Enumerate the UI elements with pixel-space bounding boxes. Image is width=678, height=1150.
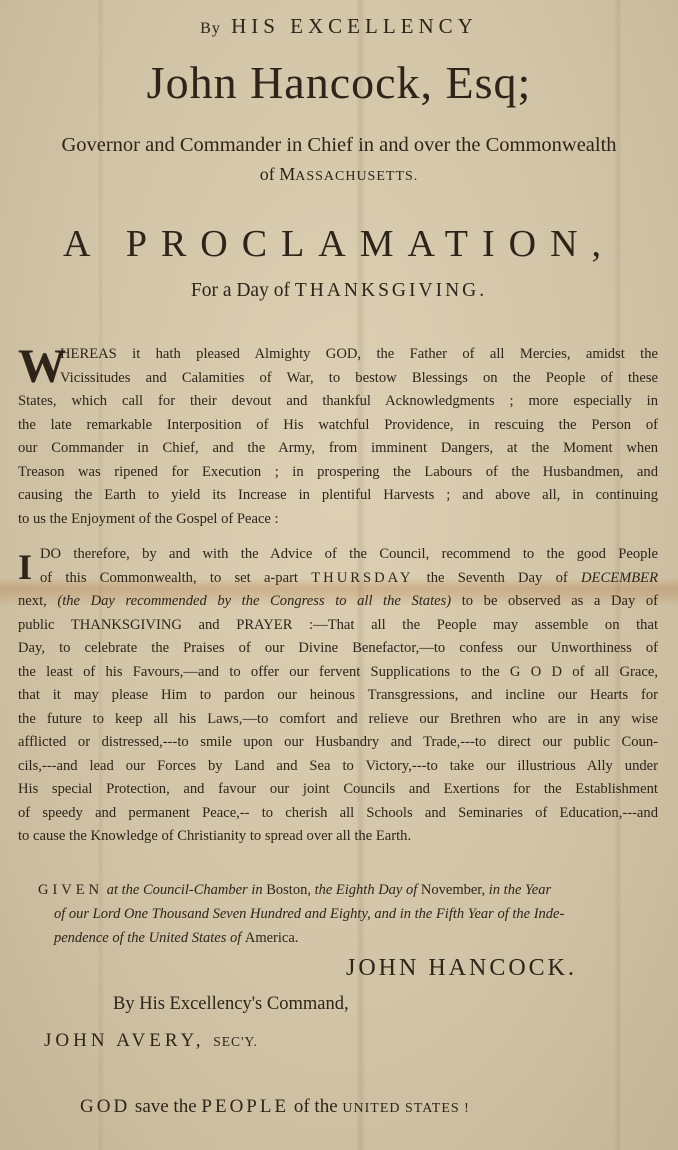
paragraph-line: Treason was ripened for Execution ; in p… [18, 461, 658, 485]
november-word: November, [421, 882, 485, 898]
drop-cap-i: I [18, 543, 32, 591]
paragraph-line: public THANKSGIVING and PRAYER :—That al… [18, 614, 658, 638]
paragraph-line: next, (the Day recommended by the Congre… [18, 590, 658, 614]
boston-word: Boston, [266, 882, 311, 898]
paragraph-line: HEREAS it hath pleased Almighty GOD, the… [18, 343, 658, 367]
paragraph-line: His special Protection, and favour our j… [18, 778, 658, 802]
proclamation-subtitle: For a Day of THANKSGIVING. [0, 280, 678, 302]
proclamation-title: A PROCLAMATION, [0, 222, 678, 266]
thanksgiving-word: THANKSGIVING. [295, 280, 487, 301]
line-text: the Seventh Day of [427, 570, 568, 586]
line-text: to be observed as a Day of [462, 593, 658, 609]
god-word: GOD [80, 1096, 130, 1117]
recommendation-paragraph: I DO therefore, by and with the Advice o… [18, 543, 658, 849]
for-a-day-text: For a Day of [191, 280, 290, 301]
paragraph-line: Vicissitudes and Calamities of War, to b… [18, 367, 658, 391]
paragraph-line: the least of his Favours,—and to offer o… [18, 661, 658, 685]
paragraph-line: to cause the Knowledge of Christianity t… [18, 825, 658, 849]
line-text: save the [135, 1096, 197, 1117]
governor-title-line: Governor and Commander in Chief in and o… [0, 134, 678, 157]
avery-name: JOHN AVERY, [44, 1030, 205, 1051]
paragraph-line: of speedy and permanent Peace,-- to cher… [18, 802, 658, 826]
paragraph-line: afflicted or distressed,---to smile upon… [18, 731, 658, 755]
people-word: PEOPLE [201, 1096, 289, 1117]
paragraph-line: of this Commonwealth, to set a-part THUR… [18, 567, 658, 591]
avery-signature: JOHN AVERY, SEC'Y. [44, 1030, 258, 1052]
paragraph-line: DO therefore, by and with the Advice of … [18, 543, 658, 567]
paragraph-line: the future to keep all his Laws,—to comf… [18, 708, 658, 732]
paragraph-line: cils,---and lead our Forces by Land and … [18, 755, 658, 779]
line-text: of this Commonwealth, to set a-part [40, 570, 298, 586]
line-text: in the Year [489, 882, 551, 898]
whereas-paragraph: W HEREAS it hath pleased Almighty GOD, t… [18, 343, 658, 531]
paragraph-line: the late remarkable Interposition of His… [18, 414, 658, 438]
state-rest: ASSACHUSETTS. [295, 169, 418, 184]
given-at-block: GIVEN at the Council-Chamber in Boston, … [38, 878, 658, 950]
broadside-page: By HIS EXCELLENCY John Hancock, Esq; Gov… [0, 0, 678, 1150]
line-text: next, [18, 593, 47, 609]
drop-cap-w: W [18, 343, 66, 391]
thursday-word: THURSDAY [311, 570, 413, 586]
state-line: of MASSACHUSETTS. [0, 164, 678, 185]
paragraph-line: our Commander in Chief, and the Army, fr… [18, 437, 658, 461]
state-initial: M [279, 164, 295, 184]
line-text: at the Council-Chamber in [107, 882, 263, 898]
closing-line: GOD save the PEOPLE of the UNITED STATES… [80, 1096, 470, 1118]
his-excellency: HIS EXCELLENCY [231, 14, 478, 38]
by-command-line: By His Excellency's Command, [113, 994, 349, 1015]
of-prefix: of [260, 164, 275, 184]
line-text: of the [294, 1096, 338, 1117]
given-word: GIVEN [38, 882, 103, 898]
paragraph-line: causing the Earth to yield its Increase … [18, 484, 658, 508]
by-his-excellency-heading: By HIS EXCELLENCY [0, 14, 678, 39]
paragraph-line: to us the Enjoyment of the Gospel of Pea… [18, 508, 658, 532]
paragraph-line: States, which call for their devout and … [18, 390, 658, 414]
hancock-signature: JOHN HANCOCK. [346, 955, 577, 982]
paragraph-line: Day, to celebrate the Praises of our Div… [18, 637, 658, 661]
line-text: the Eighth Day of [315, 882, 418, 898]
given-line: GIVEN at the Council-Chamber in Boston, … [38, 878, 658, 902]
secretary-title: SEC'Y. [213, 1034, 258, 1049]
america-word: America. [245, 930, 299, 946]
given-line: pendence of the United States of America… [38, 926, 658, 950]
december-word: DECEMBER [581, 570, 658, 586]
congress-note: (the Day recommended by the Congress to … [57, 593, 451, 609]
given-line: of our Lord One Thousand Seven Hundred a… [38, 902, 658, 926]
united-states-words: UNITED STATES ! [342, 1101, 469, 1116]
by-prefix: By [200, 20, 221, 37]
paragraph-line: that it may please Him to pardon our hei… [18, 684, 658, 708]
line-text: pendence of the United States of [54, 930, 241, 946]
governor-name: John Hancock, Esq; [0, 56, 678, 109]
